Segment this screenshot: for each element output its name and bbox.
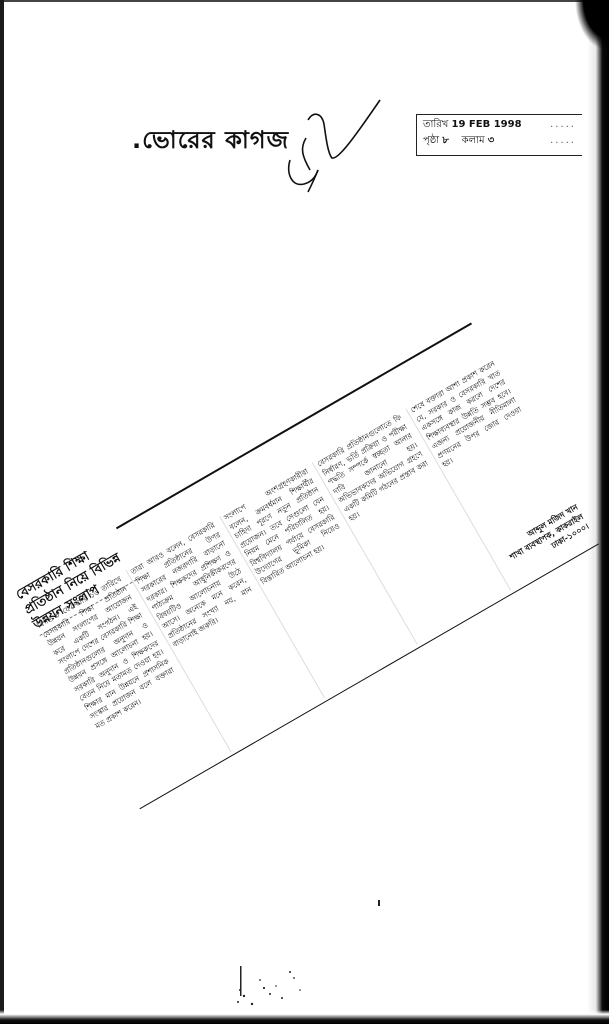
date-stamp: তারিখ 19 FEB 1998 ..... পৃষ্ঠা ৮ কলাম ৩ … <box>416 114 582 156</box>
scan-speck <box>378 900 380 906</box>
clipping-columns: বিগত ৮ ফেব্রুয়ারি ১৬ তারিখে বেসরকারি শি… <box>33 359 597 806</box>
scan-bottom-edge <box>0 1010 609 1024</box>
stamp-column-label: কলাম <box>462 135 485 146</box>
scan-corner-shadow <box>569 0 609 60</box>
handwritten-mark-icon <box>282 92 392 202</box>
scan-left-edge <box>0 0 4 1024</box>
stamp-date-value: 19 FEB 1998 <box>452 119 522 130</box>
scan-top-edge <box>0 0 609 2</box>
stamp-column-value: ৩ <box>488 135 495 146</box>
stamp-page-value: ৮ <box>442 135 449 146</box>
stamp-dots-2: ..... <box>550 133 576 149</box>
newspaper-name: .ভোরের কাগজ <box>132 122 289 162</box>
stamp-page-label: পৃষ্ঠা <box>423 135 439 146</box>
scan-right-edge <box>587 0 609 1024</box>
stamp-date-label: তারিখ <box>423 119 448 130</box>
newspaper-clipping: বেসরকারি শিক্ষা প্রতিষ্ঠান নিয়ে বিভিন্ন… <box>13 324 597 806</box>
scan-noise-icon <box>230 960 350 1010</box>
stamp-dots: ..... <box>550 117 576 133</box>
